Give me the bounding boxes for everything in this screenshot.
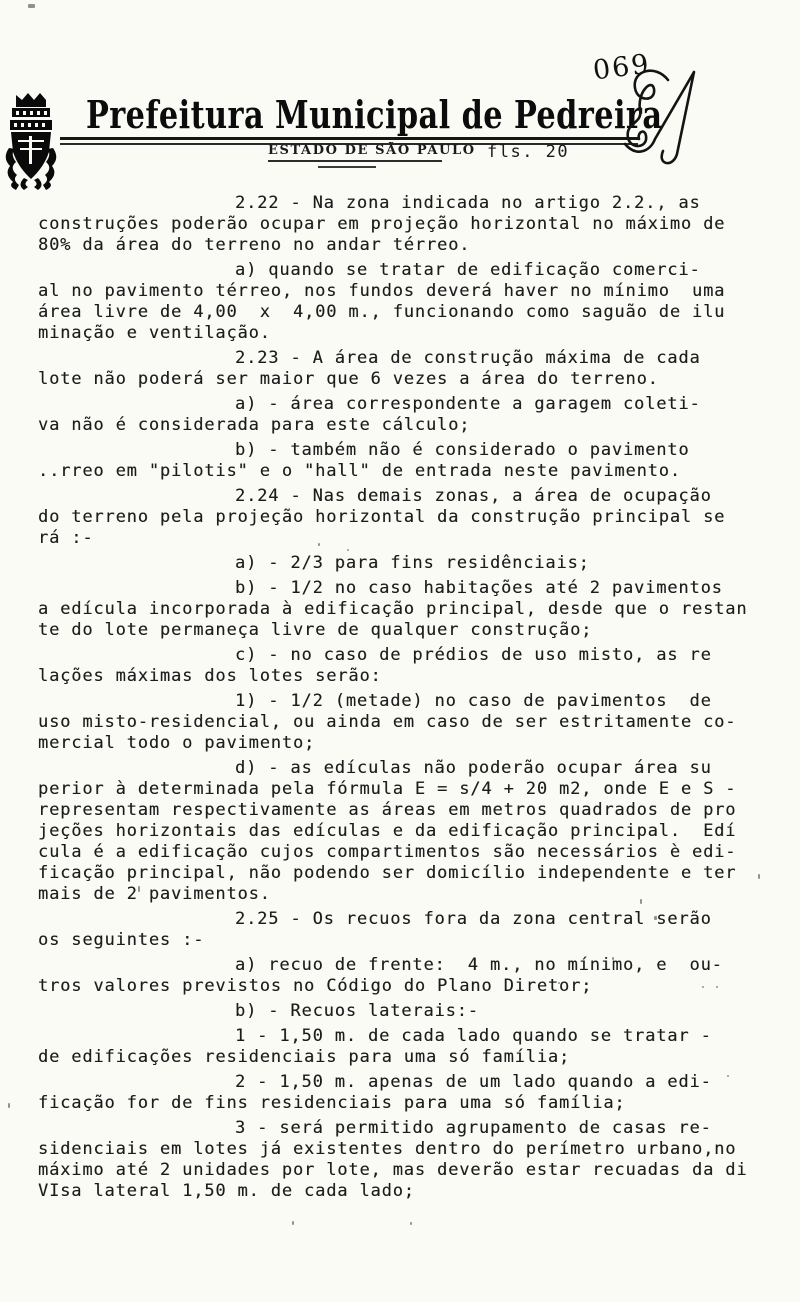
paragraph-2-22: 2.22 - Na zona indicada no artigo 2.2., … [38, 193, 798, 256]
scanned-document-page: Prefeitura Municipal de Pedreira ESTADO … [0, 0, 800, 1302]
folio-number: fls. 20 [487, 142, 569, 162]
letterhead-subtitle: ESTADO DE SÃO PAULO [268, 143, 442, 162]
paragraph-2-24-item-c-1: 1) - 1/2 (metade) no caso de pavimentos … [38, 691, 798, 754]
paragraph-2-24: 2.24 - Nas demais zonas, a área de ocupa… [38, 486, 798, 549]
paragraph-2-23-item-a: a) - área correspondente a garagem colet… [38, 394, 798, 436]
paragraph-2-25-item-b-1: 1 - 1,50 m. de cada lado quando se trata… [38, 1026, 798, 1068]
paragraph-2-25-item-b-3: 3 - será permitido agrupamento de casas … [38, 1118, 798, 1202]
signature-rubric-icon [610, 60, 710, 170]
paragraph-2-24-item-c: c) - no caso de prédios de uso misto, as… [38, 645, 798, 687]
coat-of-arms-icon [4, 90, 58, 192]
paragraph-2-25-item-a: a) recuo de frente: 4 m., no mínimo, e o… [38, 955, 798, 997]
paragraph-2-23-item-b: b) - também não é considerado o paviment… [38, 440, 798, 482]
letterhead-title: Prefeitura Municipal de Pedreira [86, 92, 662, 137]
paragraph-2-24-item-d: d) - as edículas não poderão ocupar área… [38, 758, 798, 905]
paragraph-2-24-item-b: b) - 1/2 no caso habitações até 2 pavime… [38, 578, 798, 641]
document-body: 2.22 - Na zona indicada no artigo 2.2., … [38, 193, 798, 1206]
paragraph-2-25: 2.25 - Os recuos fora da zona central se… [38, 909, 798, 951]
paragraph-2-25-item-b: b) - Recuos laterais:- [38, 1001, 798, 1022]
letterhead-subtitle-underline [318, 166, 376, 168]
paragraph-2-23: 2.23 - A área de construção máxima de ca… [38, 348, 798, 390]
paragraph-2-24-item-a: a) - 2/3 para fins residênciais; [38, 553, 798, 574]
paragraph-2-25-item-b-2: 2 - 1,50 m. apenas de um lado quando a e… [38, 1072, 798, 1114]
paragraph-2-22-item-a: a) quando se tratar de edificação comerc… [38, 260, 798, 344]
